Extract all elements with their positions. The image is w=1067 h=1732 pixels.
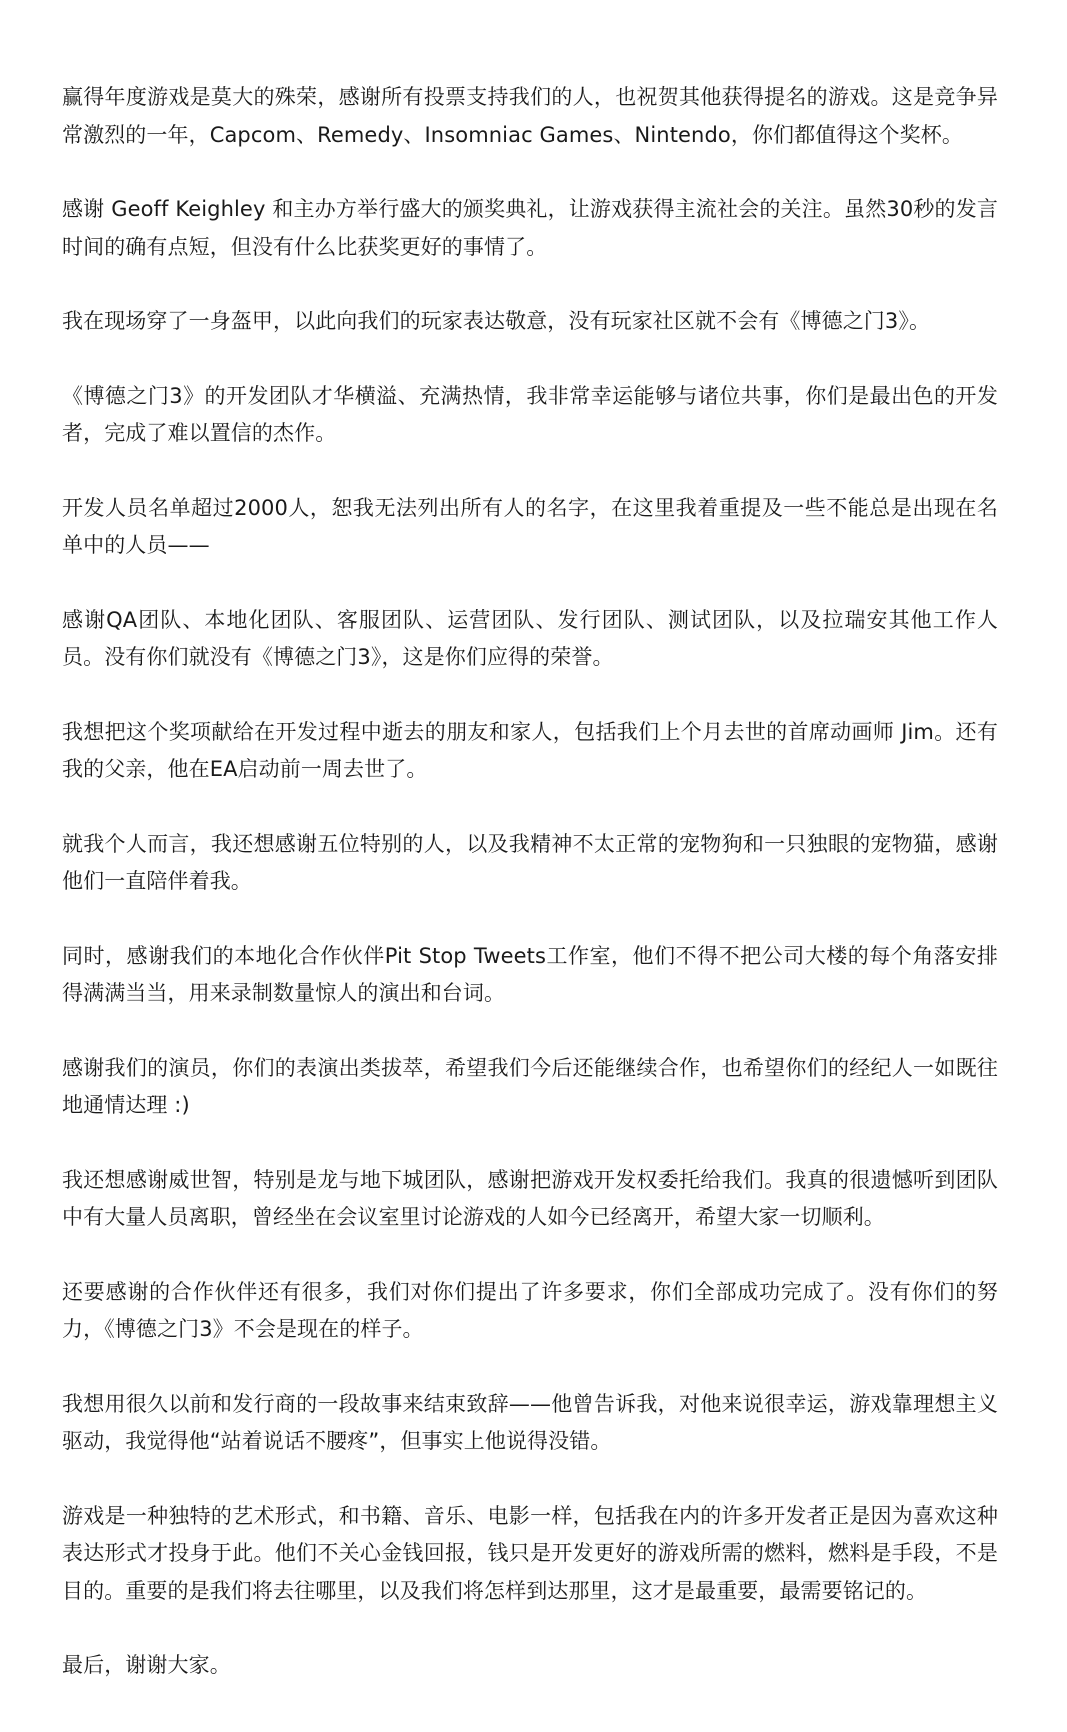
paragraph-thanks-actors: 感谢我们的演员，你们的表演出类拔萃，希望我们今后还能继续合作，也希望你们的经纪人… xyxy=(62,1050,998,1125)
paragraph-credits-intro: 开发人员名单超过2000人，恕我无法列出所有人的名字，在这里我着重提及一些不能总… xyxy=(62,490,998,565)
paragraph-localization-partner: 同时，感谢我们的本地化合作伙伴Pit Stop Tweets工作室，他们不得不把… xyxy=(62,938,998,1013)
paragraph-publisher-story: 我想用很久以前和发行商的一段故事来结束致辞——他曾告诉我，对他来说很幸运，游戏靠… xyxy=(62,1386,998,1461)
paragraph-armor-tribute: 我在现场穿了一身盔甲，以此向我们的玩家表达敬意，没有玩家社区就不会有《博德之门3… xyxy=(62,303,998,341)
paragraph-thanks-partners: 还要感谢的合作伙伴还有很多，我们对你们提出了许多要求，你们全部成功完成了。没有你… xyxy=(62,1274,998,1349)
paragraph-closing: 最后，谢谢大家。 xyxy=(62,1647,998,1685)
paragraph-thanks-wizards: 我还想感谢威世智，特别是龙与地下城团队，感谢把游戏开发权委托给我们。我真的很遗憾… xyxy=(62,1162,998,1237)
paragraph-dev-team: 《博德之门3》的开发团队才华横溢、充满热情，我非常幸运能够与诸位共事，你们是最出… xyxy=(62,378,998,453)
speech-document: 赢得年度游戏是莫大的殊荣，感谢所有投票支持我们的人，也祝贺其他获得提名的游戏。这… xyxy=(62,79,998,1685)
paragraph-thanks-teams: 感谢QA团队、本地化团队、客服团队、运营团队、发行团队、测试团队，以及拉瑞安其他… xyxy=(62,602,998,677)
paragraph-thanks-voters: 赢得年度游戏是莫大的殊荣，感谢所有投票支持我们的人，也祝贺其他获得提名的游戏。这… xyxy=(62,79,998,154)
paragraph-dedication: 我想把这个奖项献给在开发过程中逝去的朋友和家人，包括我们上个月去世的首席动画师 … xyxy=(62,714,998,789)
paragraph-thanks-organizers: 感谢 Geoff Keighley 和主办方举行盛大的颁奖典礼，让游戏获得主流社… xyxy=(62,191,998,266)
paragraph-personal-thanks: 就我个人而言，我还想感谢五位特别的人，以及我精神不太正常的宠物狗和一只独眼的宠物… xyxy=(62,826,998,901)
paragraph-games-art-form: 游戏是一种独特的艺术形式，和书籍、音乐、电影一样，包括我在内的许多开发者正是因为… xyxy=(62,1498,998,1611)
